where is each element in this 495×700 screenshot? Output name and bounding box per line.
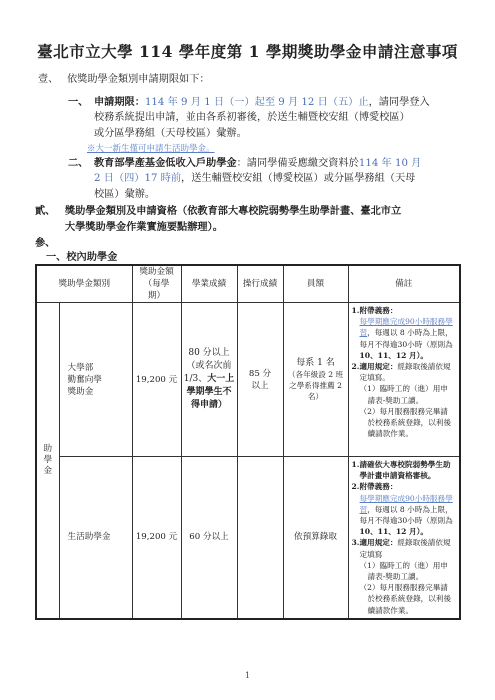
- section2-line1: 獎助學金類別及申請資格（依教育部大專校院弱勢學生助學計畫、臺北市立: [65, 204, 401, 218]
- row1-amount: 19,200 元: [132, 303, 181, 457]
- row1-academic-l5: 得申請）: [182, 399, 237, 412]
- row1-remarks-r2-text-b: 定填寫。: [352, 372, 458, 383]
- row2-remarks-r3-label: 3.適用規定：: [352, 538, 398, 547]
- row2-remarks-r2-text-c: 每月不得逾30小時（原則為: [352, 515, 458, 526]
- row2-quota: 依預算錄取: [283, 457, 348, 619]
- section3-subheading: 一、校內助學金: [46, 250, 117, 264]
- row1-remarks-sub2-c: 續請款作業。: [352, 428, 458, 439]
- row2-remarks-r1-b: 學計畫申請資格審核。: [352, 470, 458, 481]
- row2-remarks-sub1-a: （1）臨時工的（進）用申: [352, 560, 458, 571]
- row1-academic-l3: 1/3、大一上: [182, 373, 237, 386]
- header-amount-l3: 期）: [133, 290, 181, 302]
- row1-academic-l1: 80 分以上: [182, 347, 237, 360]
- item2-deadline-b: 2 日（四）17 時前: [94, 173, 181, 184]
- row2-remarks-sub2-a: （2）每月服務服務完畢請: [352, 582, 458, 593]
- section1-marker: 壹、: [38, 73, 58, 87]
- group-label-cell: 助學金: [36, 303, 59, 619]
- header-academic: 學業成績: [181, 265, 237, 303]
- row1-quota-l4: 名）: [284, 391, 348, 402]
- row1-remarks-r1-text-b: ，每週以 8 小時為上限，: [367, 328, 453, 337]
- section3-marker: 參、: [35, 236, 55, 250]
- row1-remarks: 1.附帶義務： 每學期應完成90小時服務學 習，每週以 8 小時為上限， 每月不…: [348, 303, 460, 457]
- item2-marker: 二、: [68, 156, 88, 170]
- row1-name-l2: 勤奮向學: [68, 374, 132, 386]
- document-title: 臺北市立大學 114 學年度第 1 學期獎助學金申請注意事項: [0, 40, 495, 62]
- row1-academic: 80 分以上 （或名次前 1/3、大一上 學期學生不 得申請）: [181, 303, 237, 457]
- item2-deadline-a: 114 年 10 月: [359, 158, 422, 169]
- row2-academic: 60 分以上: [181, 457, 237, 619]
- row2-remarks-r2-text-d: 10、11、12 月）。: [352, 526, 458, 537]
- header-category: 獎助學金類別: [36, 265, 132, 303]
- row2-remarks-r3-text-a: 經錄取後請依規: [397, 538, 450, 547]
- row1-academic-l3b: 大一上: [207, 374, 234, 384]
- row1-remarks-r2-label: 2.適用規定：: [352, 362, 398, 371]
- table-row: 生活助學金 19,200 元 60 分以上 依預算錄取 1.請確依大專校院弱勢學…: [36, 457, 460, 619]
- item1-line1: 申請期限：114 年 9 月 1 日（一）起至 9 月 12 日（五）止，請同學…: [94, 95, 430, 110]
- item1-date-range: 114 年 9 月 1 日（一）起至 9 月 12 日（五）止: [145, 97, 369, 108]
- item2-line2: 2 日（四）17 時前，送生輔暨校安組（博愛校區）或分區學務組（天母: [94, 172, 415, 186]
- header-amount-l2: （每學: [133, 278, 181, 290]
- section1-heading: 依獎助學金類別申請期限如下：: [67, 73, 210, 87]
- row1-remarks-r2-text-a: 經錄取後請依規: [397, 362, 450, 371]
- row1-quota: 每系 1 名 （各年級設 2 班 之學系得推薦 2 名）: [283, 303, 348, 457]
- section2-marker: 貳、: [35, 204, 55, 218]
- row1-quota-l3: 之學系得推薦 2: [284, 380, 348, 391]
- row1-conduct: 85 分 以上: [237, 303, 283, 457]
- header-amount-l1: 獎助金額: [133, 266, 181, 278]
- row2-remarks-sub2-c: 續請款作業。: [352, 605, 458, 616]
- row2-remarks-r2-text-b: ，每週以 8 小時為上限，: [367, 505, 453, 514]
- row1-academic-l4: 學期學生不: [182, 386, 237, 399]
- item1-text: ，請同學登入: [369, 97, 430, 108]
- row1-academic-l3a: 1/3、: [184, 374, 208, 384]
- section2-line2: 大學獎助學金作業實施要點辦理）。: [65, 220, 223, 234]
- item2-label: 教育部學產基金低收入戶助學金: [94, 157, 237, 169]
- item2-text-b: ，送生輔暨校安組（博愛校區）或分區學務組（天母: [181, 173, 415, 184]
- row1-conduct-l2: 以上: [238, 380, 283, 392]
- row2-remarks-r3-text-b: 定填寫: [352, 549, 458, 560]
- header-conduct: 操行成績: [237, 265, 283, 303]
- row2-name: 生活助學金: [59, 457, 132, 619]
- row2-remarks-sub1-b: 請表-獎助工讀。: [352, 571, 458, 582]
- item1-marker: 一、: [68, 95, 88, 109]
- item2-line3: 校區）彙辦。: [94, 188, 155, 202]
- service-learning-link-2[interactable]: 每學期應完成90小時服務學: [352, 493, 458, 504]
- row1-conduct-l1: 85 分: [238, 368, 283, 380]
- page-number: 1: [0, 671, 495, 680]
- group-label: 助學金: [43, 444, 53, 477]
- row1-name-l3: 獎助金: [68, 386, 132, 398]
- row1-remarks-sub2-b: 於校務系統登錄，以利後: [352, 417, 458, 428]
- row1-name-l1: 大學部: [68, 362, 132, 374]
- row1-remarks-sub2-a: （2）每月服務服務完畢請: [352, 406, 458, 417]
- row1-remarks-r1-label: 1.附帶義務：: [352, 305, 458, 316]
- row2-remarks-r2-label: 2.附帶義務：: [352, 481, 458, 492]
- row1-quota-l1: 每系 1 名: [284, 357, 348, 369]
- item1-line3: 或分區學務組（天母校區）彙辦。: [94, 127, 247, 141]
- table-header-row: 獎助學金類別 獎助金額 （每學 期） 學業成績 操行成績 員額 備註: [36, 265, 460, 303]
- header-remarks: 備註: [348, 265, 460, 303]
- row2-remarks-r1-a: 1.請確依大專校院弱勢學生助: [352, 459, 458, 470]
- item1-line2: 校務系統提出申請，並由各系初審後，於送生輔暨校安組（博愛校區）: [94, 111, 410, 125]
- table-row: 助學金 大學部 勤奮向學 獎助金 19,200 元 80 分以上 （或名次前 1…: [36, 303, 460, 457]
- service-learning-link-cont[interactable]: 習: [360, 328, 368, 337]
- row1-remarks-r1-text-d: 10、11、12 月）。: [352, 350, 458, 361]
- header-amount: 獎助金額 （每學 期）: [132, 265, 181, 303]
- row1-remarks-sub1-b: 請表-獎助工讀。: [352, 395, 458, 406]
- item2-text-a: ：請同學備妥應繳交資料於: [237, 158, 359, 169]
- header-quota: 員額: [283, 265, 348, 303]
- scholarship-table: 獎助學金類別 獎助金額 （每學 期） 學業成績 操行成績 員額 備註 助學金 大…: [35, 264, 461, 620]
- service-learning-link[interactable]: 每學期應完成90小時服務學: [352, 316, 458, 327]
- row1-remarks-sub1-a: （1）臨時工的（進）用申: [352, 383, 458, 394]
- row2-amount: 19,200 元: [132, 457, 181, 619]
- item1-label: 申請期限：: [94, 96, 145, 108]
- row1-academic-l2: （或名次前: [182, 360, 237, 373]
- service-learning-link-2-cont[interactable]: 習: [360, 505, 368, 514]
- item2-line1: 教育部學產基金低收入戶助學金：請同學備妥應繳交資料於114 年 10 月: [94, 156, 421, 171]
- freshman-note-link[interactable]: ※大一新生僅可申請生活助學金。: [87, 142, 215, 156]
- row1-remarks-r1-text-c: 每月不得逾30小時（原則為: [352, 339, 458, 350]
- row1-name: 大學部 勤奮向學 獎助金: [59, 303, 132, 457]
- row1-quota-l2: （各年級設 2 班: [284, 369, 348, 380]
- row2-remarks-sub2-b: 於校務系統登錄，以利後: [352, 593, 458, 604]
- row2-conduct: [237, 457, 283, 619]
- row2-remarks: 1.請確依大專校院弱勢學生助 學計畫申請資格審核。 2.附帶義務： 每學期應完成…: [348, 457, 460, 619]
